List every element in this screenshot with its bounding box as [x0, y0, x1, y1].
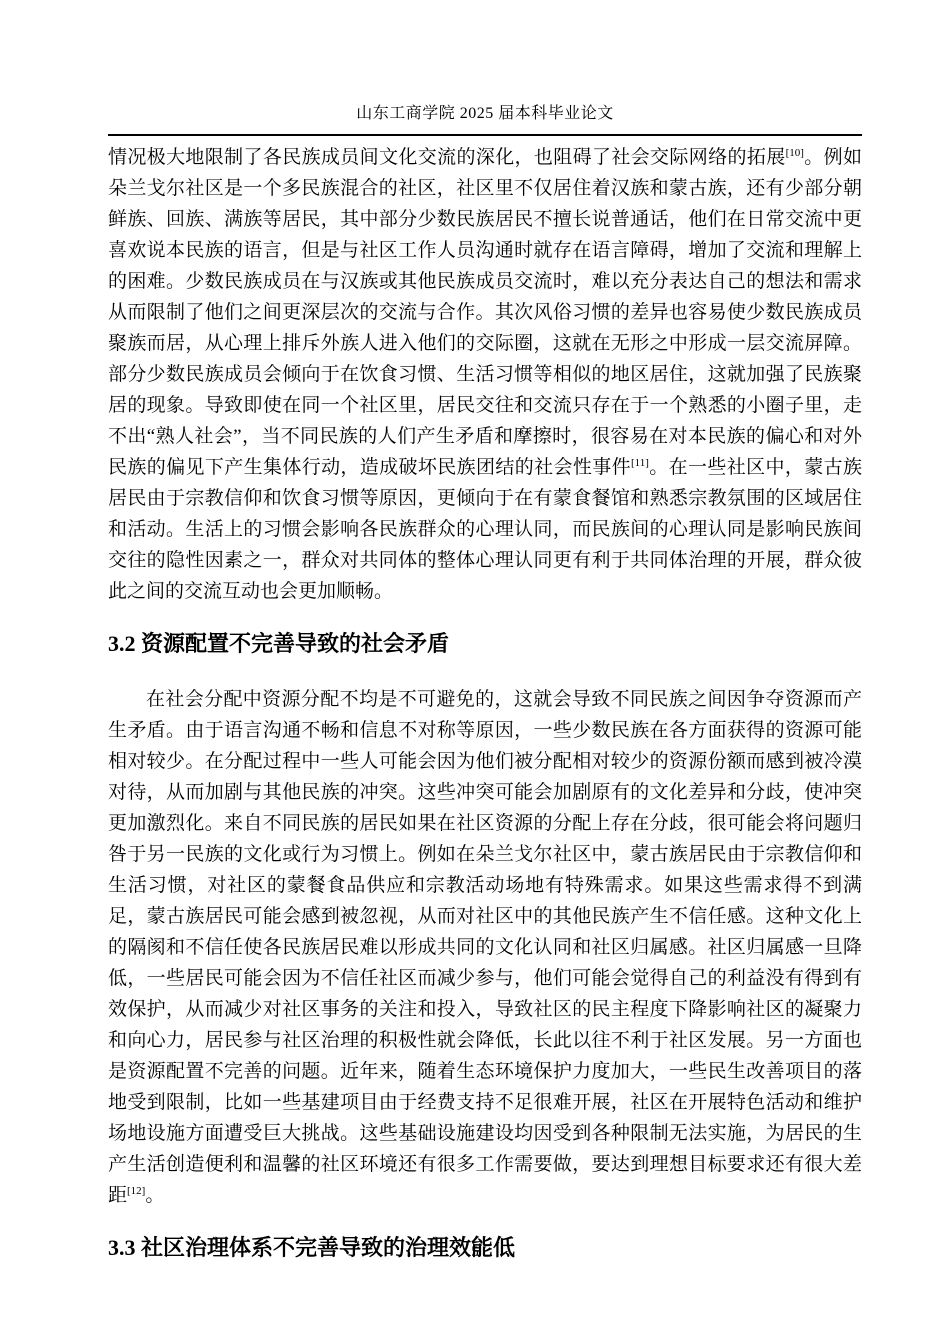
- paragraph-text: 在社会分配中资源分配不均是不可避免的，这就会导致不同民族之间因争夺资源而产生矛盾…: [108, 689, 862, 1206]
- document-page: 山东工商学院 2025 届本科毕业论文 情况极大地限制了各民族成员间文化交流的深…: [0, 0, 950, 1344]
- document-body: 情况极大地限制了各民族成员间文化交流的深化，也阻碍了社会交际网络的拓展[10]。…: [108, 142, 862, 1288]
- body-paragraph-2: 在社会分配中资源分配不均是不可避免的，这就会导致不同民族之间因争夺资源而产生矛盾…: [108, 684, 862, 1211]
- paragraph-text: 情况极大地限制了各民族成员间文化交流的深化，也阻碍了社会交际网络的拓展: [108, 147, 786, 168]
- paragraph-text: 。: [145, 1185, 164, 1206]
- paragraph-text: 。在一些社区中，蒙古族居民由于宗教信仰和饮食习惯等原因，更倾向于在有蒙食餐馆和熟…: [108, 457, 862, 602]
- section-heading-3-2: 3.2 资源配置不完善导致的社会矛盾: [108, 631, 862, 657]
- header-divider: [108, 134, 862, 136]
- running-head: 山东工商学院 2025 届本科毕业论文: [108, 103, 862, 125]
- body-paragraph-1: 情况极大地限制了各民族成员间文化交流的深化，也阻碍了社会交际网络的拓展[10]。…: [108, 142, 862, 607]
- citation-ref-12: [12]: [127, 1185, 145, 1197]
- citation-ref-11: [11]: [631, 457, 649, 469]
- paragraph-text: 。例如朵兰戈尔社区是一个多民族混合的社区，社区里不仅居住着汉族和蒙古族，还有少部…: [108, 147, 862, 478]
- citation-ref-10: [10]: [786, 147, 804, 159]
- page-number: 5: [0, 1243, 950, 1261]
